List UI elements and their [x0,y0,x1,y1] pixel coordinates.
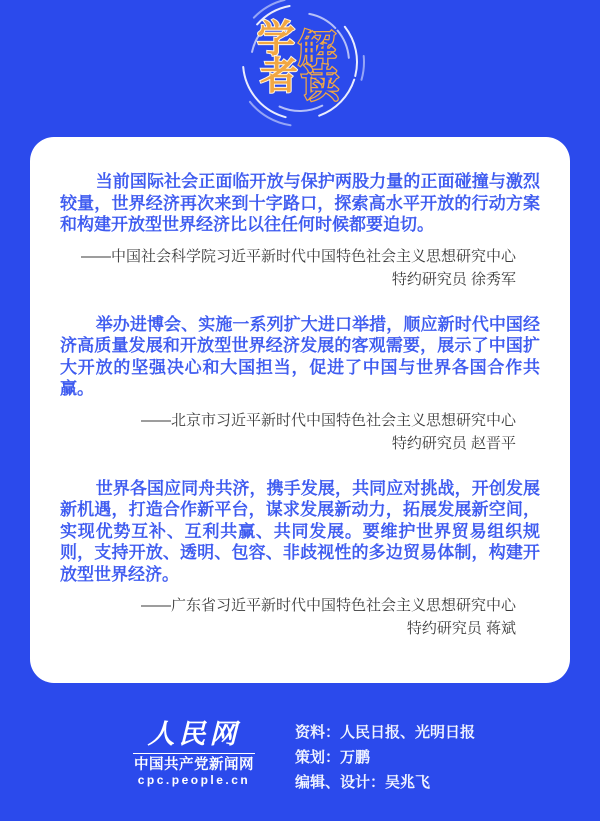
badge-char-zhe: 者 [260,58,298,96]
quotes-card: 当前国际社会正面临开放与保护两股力量的正面碰撞与激烈较量，世界经济再次来到十字路… [30,137,570,683]
attribution-org: ——广东省习近平新时代中国特色社会主义思想研究中心 [141,597,516,614]
cpc-news-site-name: 中国共产党新闻网 [133,757,255,773]
footer: 人民网 中国共产党新闻网 cpc.people.cn 资料：人民日报、光明日报 … [0,712,600,812]
cpc-news-site-url: cpc.people.cn [133,773,255,787]
credit-planning: 策划：万鹏 [295,745,475,770]
poster-canvas: 学 解 者 读 当前国际社会正面临开放与保护两股力量的正面碰撞与激烈较量，世界经… [0,0,600,821]
badge-char-du: 读 [301,66,339,104]
scholar-interpretation-badge: 学 解 者 读 [230,0,370,135]
credits-block: 资料：人民日报、光明日报 策划：万鹏 编辑、设计：吴兆飞 [295,720,475,795]
quote-attribution: ——广东省习近平新时代中国特色社会主义思想研究中心特约研究员 蒋斌 [60,594,540,640]
credit-editing-design: 编辑、设计：吴兆飞 [295,770,475,795]
quote-text: 举办进博会、实施一系列扩大进口举措，顺应新时代中国经济高质量发展和开放型世界经济… [60,314,540,400]
attribution-org: ——北京市习近平新时代中国特色社会主义思想研究中心 [141,412,516,429]
badge-char-xue: 学 [257,21,295,59]
quote-attribution: ——北京市习近平新时代中国特色社会主义思想研究中心特约研究员 赵晋平 [60,409,540,455]
attribution-person: 特约研究员 徐秀军 [392,271,516,288]
quote-text: 世界各国应同舟共济，携手发展，共同应对挑战，开创发展新机遇，打造合作新平台，谋求… [60,478,540,586]
quote-block-2: 举办进博会、实施一系列扩大进口举措，顺应新时代中国经济高质量发展和开放型世界经济… [60,314,540,455]
attribution-person: 特约研究员 赵晋平 [392,435,516,452]
credit-source: 资料：人民日报、光明日报 [295,720,475,745]
attribution-person: 特约研究员 蒋斌 [407,620,516,637]
quote-block-3: 世界各国应同舟共济，携手发展，共同应对挑战，开创发展新机遇，打造合作新平台，谋求… [60,478,540,641]
people-daily-online-logo: 人民网 中国共产党新闻网 cpc.people.cn [133,720,255,787]
people-daily-wordmark: 人民网 [133,720,255,754]
attribution-org: ——中国社会科学院习近平新时代中国特色社会主义思想研究中心 [81,248,516,265]
quote-text: 当前国际社会正面临开放与保护两股力量的正面碰撞与激烈较量，世界经济再次来到十字路… [60,171,540,236]
quote-attribution: ——中国社会科学院习近平新时代中国特色社会主义思想研究中心特约研究员 徐秀军 [60,245,540,291]
quote-block-1: 当前国际社会正面临开放与保护两股力量的正面碰撞与激烈较量，世界经济再次来到十字路… [60,171,540,291]
